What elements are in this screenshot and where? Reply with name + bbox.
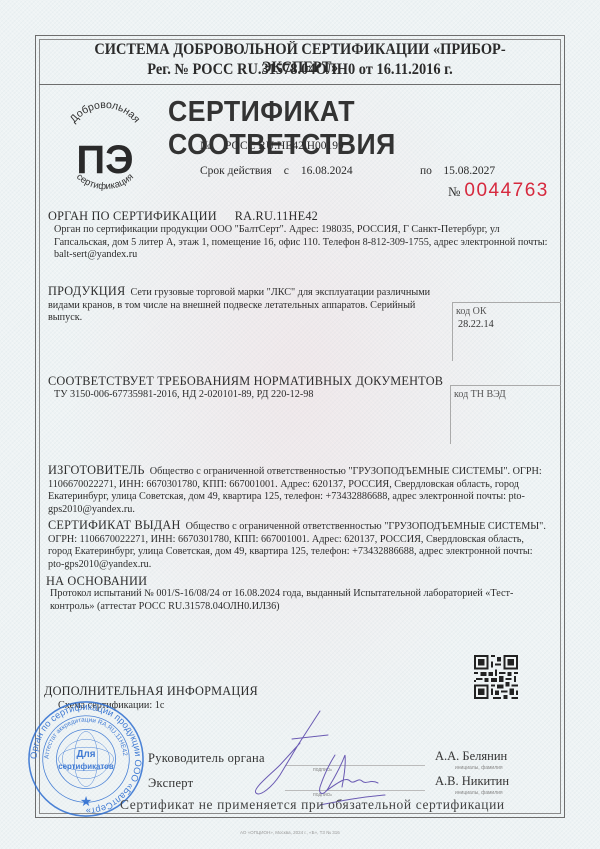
serial-value: 0044763: [464, 180, 548, 201]
basis-text: Протокол испытаний № 001/S-16/08/24 от 1…: [50, 588, 550, 613]
certificate-number: №РОСС RU.НЕ42.Н00199: [200, 140, 344, 152]
svg-text:Добровольная: Добровольная: [68, 100, 143, 125]
certification-body-text: Орган по сертификации продукции ООО "Бал…: [54, 224, 550, 262]
serial-number: №0044763: [448, 180, 549, 202]
svg-text:★: ★: [80, 794, 92, 809]
certification-body-heading: ОРГАН ПО СЕРТИФИКАЦИИ: [48, 209, 217, 223]
additional-info-heading: ДОПОЛНИТЕЛЬНАЯ ИНФОРМАЦИЯ: [44, 684, 258, 699]
issued-to-heading: СЕРТИФИКАТ ВЫДАН: [48, 518, 181, 532]
valid-to-date: 15.08.2027: [443, 165, 495, 177]
manufacturer-section: ИЗГОТОВИТЕЛЬ Общество с ограниченной отв…: [48, 464, 548, 516]
system-registration: Рег. № РОСС RU.31578.04ОЛН0 от 16.11.201…: [57, 61, 542, 79]
certificate-number-label: №: [200, 140, 211, 152]
basis-heading: НА ОСНОВАНИИ: [46, 574, 147, 589]
tnved-code-box: код ТН ВЭД: [450, 385, 561, 444]
valid-from-label: с: [284, 165, 289, 177]
issued-to-section: СЕРТИФИКАТ ВЫДАН Общество с ограниченной…: [48, 519, 548, 571]
valid-to-label: по: [420, 165, 432, 177]
requirements-heading: СООТВЕТСТВУЕТ ТРЕБОВАНИЯМ НОРМАТИВНЫХ ДО…: [48, 374, 443, 389]
name-caption-head: инициалы, фамилия: [455, 765, 503, 771]
certification-body-section: ОРГАН ПО СЕРТИФИКАЦИИ RA.RU.11НЕ42: [48, 207, 548, 225]
logo-top-text: Добровольная: [68, 100, 143, 125]
product-section: ПРОДУКЦИЯ Сети грузовые торговой марки "…: [48, 285, 433, 325]
serial-label: №: [448, 184, 460, 199]
pe-logo-icon: Добровольная ПЭ сертификация: [55, 100, 155, 200]
signature-role-expert: Эксперт: [148, 776, 193, 791]
ok-code-value: 28.22.14: [458, 319, 561, 330]
header-separator: [39, 84, 561, 85]
valid-to: по 15.08.2027: [420, 165, 495, 177]
ok-code-box: код ОК 28.22.14: [452, 302, 561, 361]
signature-role-head: Руководитель органа: [148, 751, 265, 766]
validity-label: Срок действия: [200, 165, 272, 177]
stamp-center-line2: сертификатов: [58, 762, 114, 771]
qr-code-icon: [474, 655, 518, 699]
printer-note: АО «ОПЦИОН», Москва, 2024 г., «Б», Т3 № …: [240, 830, 340, 835]
stamp-center-line1: Для: [77, 749, 96, 760]
tnved-code-label: код ТН ВЭД: [454, 389, 561, 400]
valid-from-date: 16.08.2024: [301, 165, 353, 177]
signatory-name-head: А.А. Белянин: [435, 749, 507, 764]
manufacturer-heading: ИЗГОТОВИТЕЛЬ: [48, 463, 145, 477]
footer-note: Сертификат не применяется при обязательн…: [120, 797, 505, 813]
ok-code-label: код ОК: [456, 306, 561, 317]
certificate-number-value: РОСС RU.НЕ42.Н00199: [225, 140, 344, 152]
certificate-title: СЕРТИФИКАТ СООТВЕТСТВИЯ: [168, 96, 565, 162]
signatory-name-expert: А.В. Никитин: [435, 774, 509, 789]
name-caption-expert: инициалы, фамилия: [455, 790, 503, 796]
requirements-text: ТУ 3150-006-67735981-2016, НД 2-020101-8…: [54, 389, 434, 402]
certification-body-code: RA.RU.11НЕ42: [235, 209, 318, 223]
validity-period: Срок действияс16.08.2024: [200, 165, 353, 177]
product-heading: ПРОДУКЦИЯ: [48, 284, 125, 298]
